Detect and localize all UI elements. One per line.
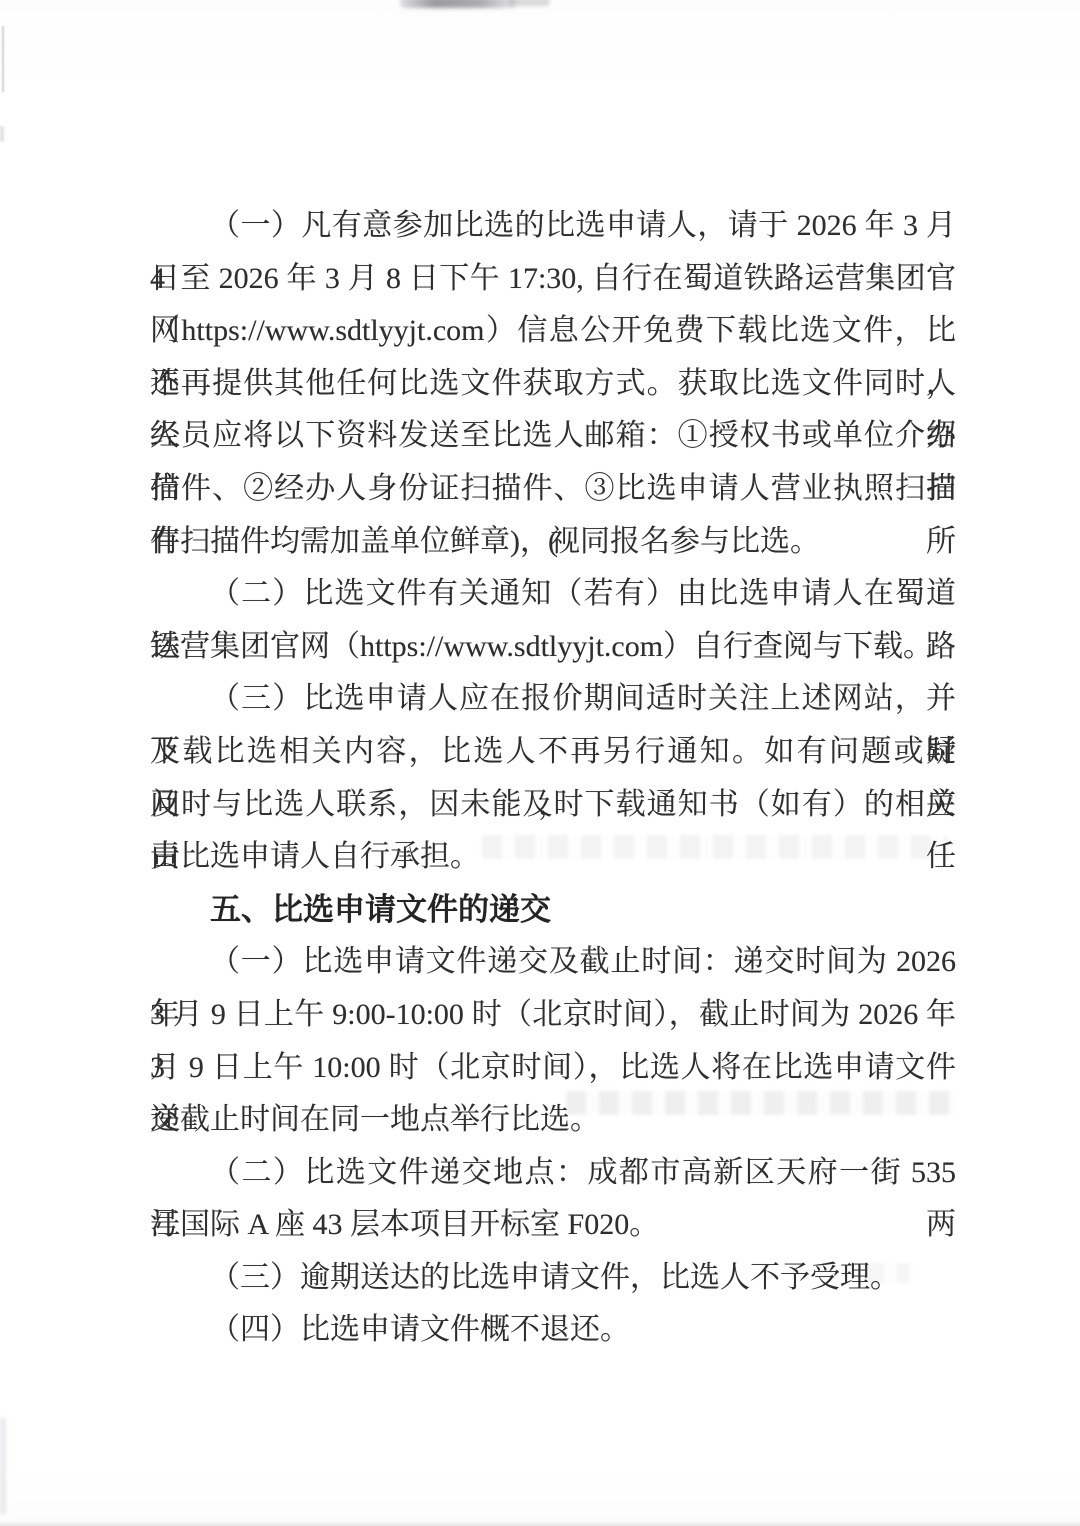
text-line: （二）比选文件有关通知（若有）由比选申请人在蜀道铁路 <box>150 568 956 621</box>
scanned-page: （一）凡有意参加比选的比选申请人，请于 2026 年 3 月 4日至 2026 … <box>0 0 1080 1526</box>
text-line: 下载比选相关内容，比选人不再另行通知。如有问题或疑问，应 <box>150 726 956 779</box>
text-line: （三）逾期送达的比选申请文件，比选人不予受理。 <box>150 1252 956 1305</box>
section-heading: 五、比选申请文件的递交 <box>150 884 956 937</box>
text-line: （一）凡有意参加比选的比选申请人，请于 2026 年 3 月 4 <box>150 200 956 253</box>
scan-smudge-top <box>400 0 516 8</box>
scan-bottom-edge-shadow <box>0 1521 1080 1526</box>
text-line: 及时与比选人联系，因未能及时下载通知书（如有）的相关责任 <box>150 779 956 832</box>
scan-smudge-top-tail <box>508 0 550 6</box>
document-text-block: （一）凡有意参加比选的比选申请人，请于 2026 年 3 月 4日至 2026 … <box>150 200 956 1357</box>
text-line: 月 9 日上午 10:00 时（北京时间），比选人将在比选申请文件递 <box>150 1042 956 1095</box>
text-line: 日至 2026 年 3 月 8 日下午 17:30, 自行在蜀道铁路运营集团官网 <box>150 253 956 306</box>
text-line: （四）比选申请文件概不退还。 <box>150 1304 956 1357</box>
text-line: 3 月 9 日上午 9:00-10:00 时（北京时间），截止时间为 2026 … <box>150 989 956 1042</box>
scan-edge-line <box>2 26 4 92</box>
text-line: 人员应将以下资料发送至比选人邮箱：①授权书或单位介绍信扫 <box>150 410 956 463</box>
text-line: （一）比选申请文件递交及截止时间：递交时间为 2026 年 <box>150 936 956 989</box>
text-line: 交截止时间在同一地点举行比选。 <box>150 1094 956 1147</box>
text-line: （二）比选文件递交地点：成都市高新区天府一街 535 号两 <box>150 1147 956 1200</box>
text-line: 不再提供其他任何比选文件获取方式。获取比选文件同时，经办 <box>150 358 956 411</box>
text-line: （三）比选申请人应在报价期间适时关注上述网站，并及时 <box>150 673 956 726</box>
text-line: 运营集团官网（https://www.sdtlyyjt.com）自行查阅与下载。 <box>150 621 956 674</box>
scan-edge-mark <box>0 126 4 142</box>
text-line: 描件、②经办人身份证扫描件、③比选申请人营业执照扫描件(所 <box>150 463 956 516</box>
text-line: （https://www.sdtlyyjt.com）信息公开免费下载比选文件，比… <box>150 305 956 358</box>
scan-edge-marks-bottom <box>0 1418 6 1514</box>
